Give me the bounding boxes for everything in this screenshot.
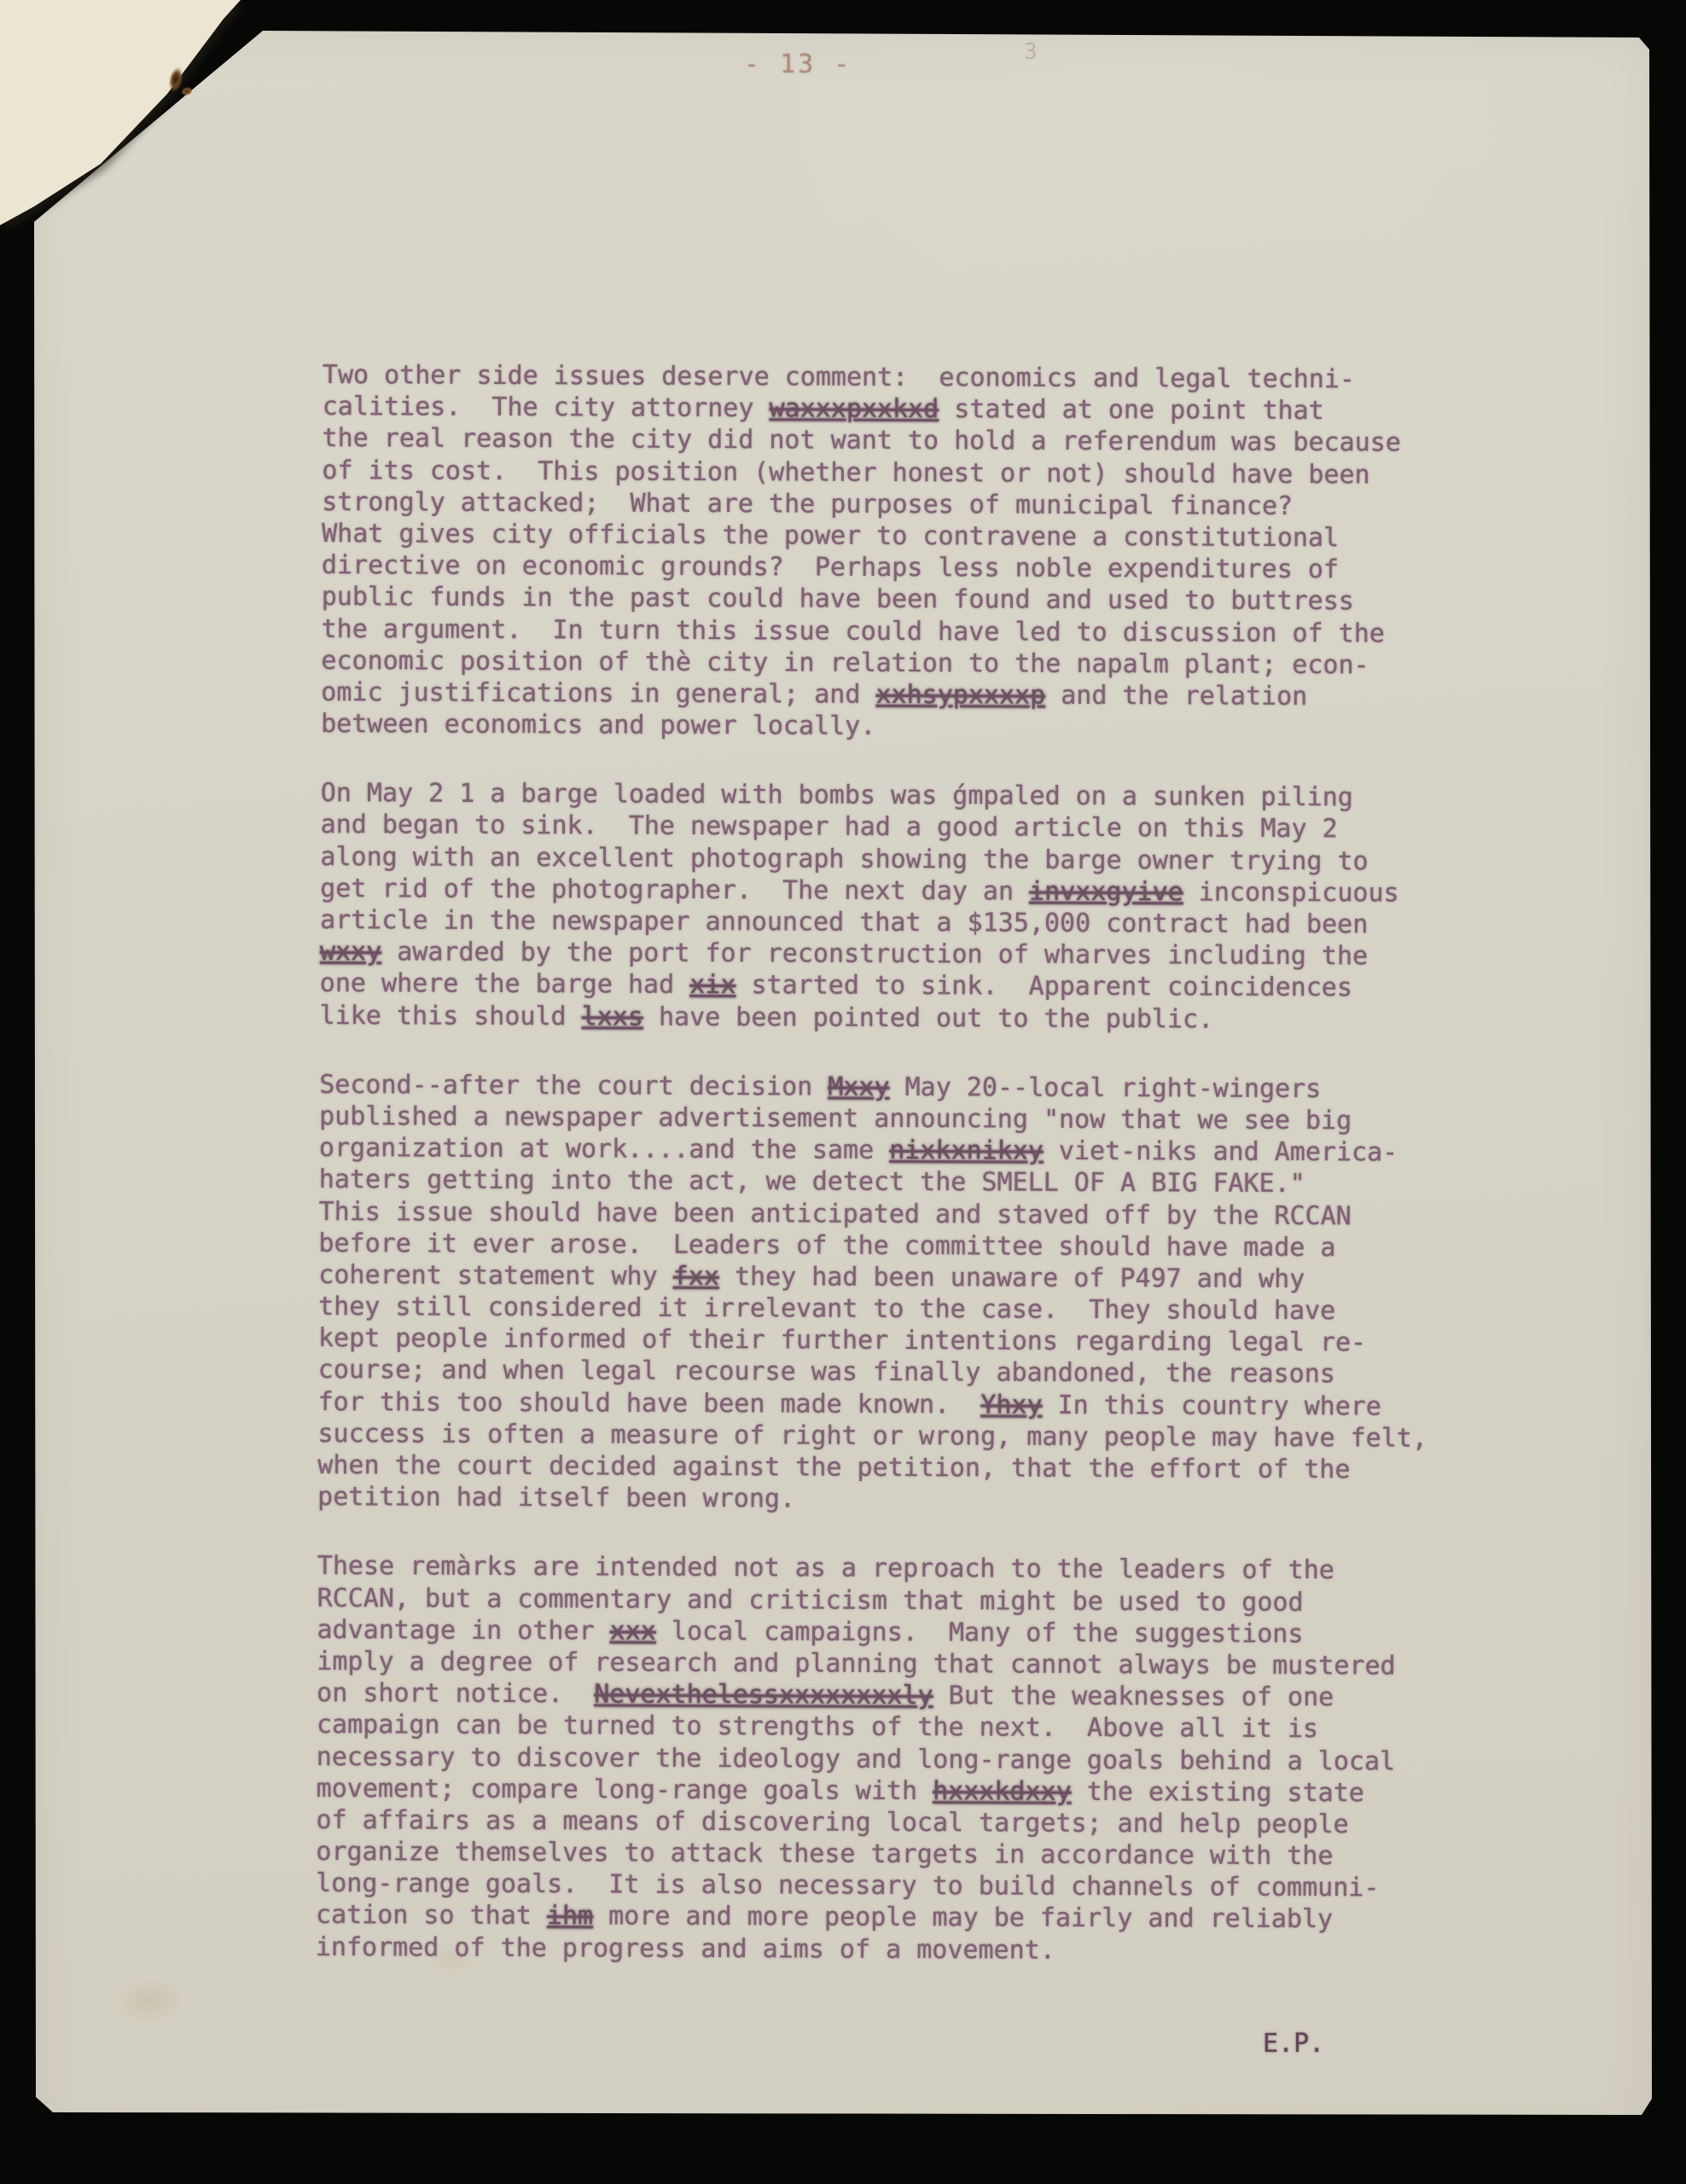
- strikeout-text: Yhxy: [980, 1390, 1042, 1420]
- typed-line: along with an excellent photograph showi…: [320, 841, 1514, 878]
- typed-line: RCCAN, but a commentary and criticism th…: [317, 1583, 1512, 1619]
- typed-line: economic position of thè city in relatio…: [321, 645, 1515, 682]
- typed-line: for this too should have been made known…: [318, 1386, 1513, 1423]
- strikeout-text: nixkxnikxy: [889, 1136, 1044, 1166]
- typed-line: between economics and power locally.: [321, 708, 1515, 745]
- typed-line: haters getting into the act, we detect t…: [319, 1164, 1514, 1200]
- strikeout-text: fxx: [673, 1262, 719, 1292]
- typed-line: movement; compare long-range goals with …: [317, 1773, 1511, 1809]
- typed-line: the argument. In turn this issue could h…: [322, 613, 1516, 649]
- typed-line: article in the newspaper announced that …: [320, 904, 1514, 941]
- typed-line: Two other side issues deserve comment: e…: [323, 359, 1517, 396]
- typed-line: informed of the progress and aims of a m…: [316, 1931, 1510, 1968]
- typed-line: public funds in the past could have been…: [322, 581, 1516, 618]
- strikeout-text: ihm: [547, 1902, 593, 1931]
- typed-line: organize themselves to attack these targ…: [316, 1836, 1510, 1873]
- typed-line: they still considered it irrelevant to t…: [318, 1291, 1513, 1327]
- typed-text: Two other side issues deserve comment: e…: [316, 359, 1517, 2006]
- typed-paragraph: Two other side issues deserve comment: e…: [321, 359, 1517, 745]
- typed-line: when the court decided against the petit…: [317, 1449, 1512, 1486]
- typed-line: petition had itself been wrong.: [317, 1481, 1512, 1518]
- typed-line: before it ever arose. Leaders of the com…: [318, 1228, 1513, 1264]
- strikeout-text: xix: [689, 970, 735, 1000]
- typed-line: On May 2 1 a barge loaded with bombs was…: [321, 777, 1515, 814]
- strikeout-text: xxx: [610, 1616, 656, 1646]
- typed-line: of its cost. This position (whether hone…: [322, 455, 1516, 491]
- typed-line: success is often a measure of right or w…: [317, 1418, 1512, 1455]
- typed-paragraph: On May 2 1 a barge loaded with bombs was…: [320, 777, 1515, 1037]
- typed-line: advantage in other xxx local campaigns. …: [317, 1614, 1511, 1651]
- typed-line: organization at work....and the same nix…: [319, 1132, 1514, 1169]
- typed-line: These remàrks are intended not as a repr…: [317, 1550, 1512, 1587]
- typed-line: calities. The city attorney waxxxpxxkxd …: [323, 391, 1517, 427]
- typist-initials: E.P.: [1263, 2029, 1324, 2059]
- strikeout-text: wxxy: [320, 937, 381, 967]
- typed-line: like this should lxxs have been pointed …: [320, 1000, 1514, 1037]
- typed-line: necessary to discover the ideology and l…: [317, 1740, 1511, 1777]
- typed-line: wxxy awarded by the port for reconstruct…: [320, 936, 1514, 973]
- typed-line: directive on economic grounds? Perhaps l…: [322, 549, 1516, 586]
- typed-line: get rid of the photographer. The next da…: [320, 873, 1514, 909]
- typed-line: imply a degree of research and planning …: [317, 1646, 1511, 1682]
- typed-line: the real reason the city did not want to…: [323, 422, 1517, 459]
- typed-line: on short notice. Nevexthelessxxxxxxxxly …: [317, 1677, 1511, 1714]
- strikeout-text: waxxxpxxkxd: [769, 393, 939, 424]
- strikeout-text: Mxxy: [828, 1072, 889, 1101]
- page-number: - 13 -: [744, 49, 852, 79]
- typed-line: Second--after the court decision Mxxy Ma…: [319, 1069, 1514, 1106]
- typed-paragraph: Second--after the court decision Mxxy Ma…: [317, 1069, 1514, 1519]
- typed-line: This issue should have been anticipated …: [319, 1195, 1514, 1232]
- typed-line: one where the barge had xix started to s…: [320, 967, 1514, 1004]
- typed-line: cation so that ihm more and more people …: [316, 1899, 1510, 1936]
- faint-digit-mark: 3: [1024, 39, 1038, 65]
- typed-line: published a newspaper advertisement anno…: [319, 1101, 1514, 1137]
- typed-line: course; and when legal recourse was fina…: [318, 1354, 1513, 1391]
- strikeout-text: lxxs: [582, 1002, 643, 1031]
- typed-line: coherent statement why fxx they had been…: [318, 1259, 1513, 1296]
- typed-line: long-range goals. It is also necessary t…: [316, 1867, 1510, 1904]
- typed-line: strongly attacked; What are the purposes…: [322, 486, 1516, 523]
- typed-line: campaign can be turned to strengths of t…: [317, 1709, 1511, 1745]
- strikeout-text: Nevexthelessxxxxxxxxly: [594, 1680, 933, 1711]
- scanned-document: - 13 - 3 Two other side issues deserve c…: [0, 0, 1686, 2184]
- typed-paragraph: These remàrks are intended not as a repr…: [316, 1550, 1512, 1968]
- typed-line: omic justifications in general; and xxhs…: [321, 677, 1515, 713]
- typed-line: What gives city officials the power to c…: [322, 518, 1516, 555]
- typed-line: of affairs as a means of discovering loc…: [316, 1804, 1510, 1841]
- typed-line: kept people informed of their further in…: [318, 1322, 1513, 1359]
- strikeout-text: invxxgyive: [1029, 876, 1183, 907]
- strikeout-text: xxhsypxxxxp: [875, 680, 1045, 711]
- typed-line: and began to sink. The newspaper had a g…: [321, 809, 1515, 845]
- strikeout-text: hxxxkdxxy: [933, 1776, 1072, 1807]
